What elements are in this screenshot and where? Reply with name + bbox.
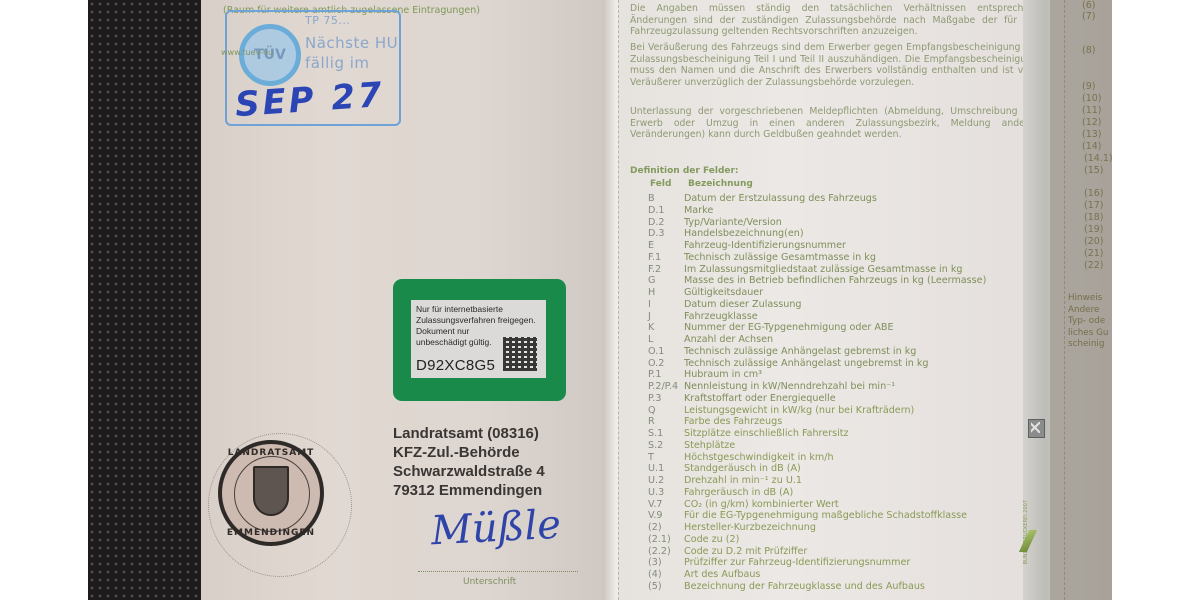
field-label: Höchstgeschwindigkeit in km/h (684, 452, 834, 464)
margin-number: (16) (1084, 188, 1104, 200)
field-key: U.1 (648, 463, 684, 475)
field-key: (3) (648, 557, 684, 569)
field-key: U.3 (648, 487, 684, 499)
field-definition-row: F.1Technisch zulässige Gesamtmasse in kg (648, 252, 986, 264)
margin-number: (7) (1082, 11, 1095, 23)
hint-line: scheinig (1068, 339, 1108, 351)
datamatrix-code-icon (503, 337, 537, 371)
margin-number: (11) (1082, 105, 1102, 117)
field-definition-row: HGültigkeitsdauer (648, 287, 986, 299)
margin-number: (19) (1084, 224, 1104, 236)
stamp-next-inspection: Nächste HU (305, 34, 398, 52)
field-label: Hersteller-Kurzbezeichnung (684, 522, 816, 534)
next-page-dashed-line (1064, 0, 1065, 600)
margin-number: (18) (1084, 212, 1104, 224)
seat-fabric-background (88, 0, 213, 600)
field-label: Marke (684, 205, 713, 217)
paragraph-penalties: Unterlassung der vorgeschriebenen Meldep… (630, 106, 1038, 141)
field-key: O.2 (648, 358, 684, 370)
field-definition-row: (3)Prüfziffer zur Fahrzeug-Identifizieru… (648, 557, 986, 569)
field-definition-row: U.1Standgeräusch in dB (A) (648, 463, 986, 475)
field-label: Standgeräusch in dB (A) (684, 463, 801, 475)
field-label: Kraftstoffart oder Energiequelle (684, 393, 836, 405)
token-line: Zulassungsverfahren freigegen. (416, 315, 541, 326)
field-key: O.1 (648, 346, 684, 358)
paragraph-sale: Bei Veräußerung des Fahrzeugs sind dem E… (630, 42, 1038, 88)
field-key: P.2/P.4 (648, 381, 684, 393)
margin-number: (14.1) (1084, 153, 1112, 165)
field-label: Bezeichnung der Fahrzeugklasse und des A… (684, 581, 925, 593)
field-label: Typ/Variante/Version (684, 217, 782, 229)
field-label: Datum der Erstzulassung des Fahrzeugs (684, 193, 877, 205)
authority-line: 79312 Emmendingen (393, 481, 545, 500)
field-key: V.9 (648, 510, 684, 522)
field-label: Fahrzeug-Identifizierungsnummer (684, 240, 846, 252)
field-key: L (648, 334, 684, 346)
column-field: Feld (650, 179, 688, 189)
field-label: Code zu D.2 mit Prüfziffer (684, 546, 807, 558)
field-key: K (648, 322, 684, 334)
field-definition-row: (5)Bezeichnung der Fahrzeugklasse und de… (648, 581, 986, 593)
field-key: (4) (648, 569, 684, 581)
margin-number: (22) (1084, 260, 1104, 272)
margin-number: (6) (1082, 0, 1095, 12)
field-definition-row: (4)Art des Aufbaus (648, 569, 986, 581)
field-key: I (648, 299, 684, 311)
field-key: S.2 (648, 440, 684, 452)
field-label: Technisch zulässige Anhängelast gebremst… (684, 346, 916, 358)
seal-bottom-text: EMMENDINGEN (222, 528, 320, 538)
field-label: Hubraum in cm³ (684, 369, 762, 381)
authority-line: Schwarzwaldstraße 4 (393, 462, 545, 481)
signature-line (418, 571, 578, 572)
field-definition-row: O.1Technisch zulässige Anhängelast gebre… (648, 346, 986, 358)
seal-top-text: LANDRATSAMT (222, 448, 320, 458)
field-label: Farbe des Fahrzeugs (684, 416, 782, 428)
field-key: D.2 (648, 217, 684, 229)
field-definition-row: THöchstgeschwindigkeit in km/h (648, 452, 986, 464)
field-label: Handelsbezeichnung(en) (684, 228, 804, 240)
margin-number: (17) (1084, 200, 1104, 212)
field-definition-row: LAnzahl der Achsen (648, 334, 986, 346)
authority-line: KFZ-Zul.-Behörde (393, 443, 545, 462)
field-definition-row: EFahrzeug-Identifizierungsnummer (648, 240, 986, 252)
field-key: G (648, 275, 684, 287)
margin-number: (13) (1082, 129, 1102, 141)
field-label: Stehplätze (684, 440, 735, 452)
field-definition-row: (2.1)Code zu (2) (648, 534, 986, 546)
field-key: U.2 (648, 475, 684, 487)
field-key: P.3 (648, 393, 684, 405)
field-key: E (648, 240, 684, 252)
field-key: T (648, 452, 684, 464)
field-definition-row: RFarbe des Fahrzeugs (648, 416, 986, 428)
token-line: Dokument nur (416, 326, 541, 337)
field-definitions-list: BDatum der Erstzulassung des FahrzeugsD.… (648, 193, 986, 593)
field-key: (5) (648, 581, 684, 593)
fold-line (618, 0, 619, 600)
field-label: Drehzahl in min⁻¹ zu U.1 (684, 475, 802, 487)
security-code-inner: Nur für internetbasierte Zulassungsverfa… (411, 300, 546, 378)
field-definition-row: JFahrzeugklasse (648, 311, 986, 323)
field-label: Code zu (2) (684, 534, 739, 546)
hint-line: liches Gu (1068, 328, 1108, 340)
field-definition-row: P.2/P.4Nennleistung in kW/Nenndrehzahl b… (648, 381, 986, 393)
kba-logo-icon (1028, 419, 1045, 438)
field-label: Fahrgeräusch in dB (A) (684, 487, 793, 499)
coat-of-arms-icon (253, 466, 289, 516)
field-label: Technisch zulässige Anhängelast ungebrem… (684, 358, 929, 370)
security-code: D92XC8G5 (416, 357, 495, 374)
margin-number: (20) (1084, 236, 1104, 248)
field-key: J (648, 311, 684, 323)
field-label: Für die EG-Typgenehmigung maßgebliche Sc… (684, 510, 967, 522)
field-key: F.2 (648, 264, 684, 276)
field-definition-row: KNummer der EG-Typgenehmigung oder ABE (648, 322, 986, 334)
hint-line: Hinweis (1068, 293, 1108, 305)
column-description: Bezeichnung (688, 179, 753, 189)
field-label: Gültigkeitsdauer (684, 287, 763, 299)
field-label: Anzahl der Achsen (684, 334, 773, 346)
field-label: Sitzplätze einschließlich Fahrersitz (684, 428, 849, 440)
field-key: V.7 (648, 499, 684, 511)
field-label: Masse des in Betrieb befindlichen Fahrze… (684, 275, 986, 287)
margin-number: (21) (1084, 248, 1104, 260)
inspection-stamp: TÜV TP 75... Nächste HU fällig im SEP 27 (225, 10, 401, 126)
field-definition-row: O.2Technisch zulässige Anhängelast ungeb… (648, 358, 986, 370)
field-definition-row: QLeistungsgewicht in kW/kg (nur bei Kraf… (648, 405, 986, 417)
field-definition-row: S.2Stehplätze (648, 440, 986, 452)
margin-number: (10) (1082, 93, 1102, 105)
margin-number: (14) (1082, 141, 1102, 153)
field-definition-row: P.1Hubraum in cm³ (648, 369, 986, 381)
field-definition-row: (2)Hersteller-Kurzbezeichnung (648, 522, 986, 534)
field-definition-row: IDatum dieser Zulassung (648, 299, 986, 311)
field-label: Datum dieser Zulassung (684, 299, 802, 311)
margin-number: (15) (1084, 165, 1104, 177)
official-seal: LANDRATSAMT EMMENDINGEN (218, 440, 324, 546)
margin-number: (9) (1082, 81, 1095, 93)
field-label: CO₂ (in g/km) kombinierter Wert (684, 499, 839, 511)
field-key: Q (648, 405, 684, 417)
field-key: (2.1) (648, 534, 684, 546)
field-key: S.1 (648, 428, 684, 440)
signature: Müßle (430, 502, 562, 555)
security-code-label: Nur für internetbasierte Zulassungsverfa… (393, 279, 566, 401)
field-definition-row: V.9Für die EG-Typgenehmigung maßgebliche… (648, 510, 986, 522)
signature-label: Unterschrift (463, 577, 516, 587)
field-definition-row: D.1Marke (648, 205, 986, 217)
field-definition-row: V.7CO₂ (in g/km) kombinierter Wert (648, 499, 986, 511)
field-key: D.1 (648, 205, 684, 217)
definitions-header: FeldBezeichnung (650, 179, 753, 189)
token-line: Nur für internetbasierte (416, 304, 541, 315)
document-photo: (Raum für weitere amtlich zugelassene Ei… (88, 0, 1112, 600)
field-key: F.1 (648, 252, 684, 264)
next-page-hint: HinweisAndereTyp- odeliches Guscheinig (1068, 293, 1108, 351)
field-label: Prüfziffer zur Fahrzeug-Identifizierungs… (684, 557, 910, 569)
field-definition-row: D.2Typ/Variante/Version (648, 217, 986, 229)
field-definition-row: (2.2)Code zu D.2 mit Prüfziffer (648, 546, 986, 558)
field-definition-row: D.3Handelsbezeichnung(en) (648, 228, 986, 240)
field-label: Nennleistung in kW/Nenndrehzahl bei min⁻… (684, 381, 895, 393)
field-definition-row: P.3Kraftstoffart oder Energiequelle (648, 393, 986, 405)
field-definition-row: F.2Im Zulassungsmitgliedstaat zulässige … (648, 264, 986, 276)
authority-line: Landratsamt (08316) (393, 424, 545, 443)
margin-number: (12) (1082, 117, 1102, 129)
field-key: H (648, 287, 684, 299)
field-label: Art des Aufbaus (684, 569, 760, 581)
margin-number: (8) (1082, 45, 1095, 57)
stamp-id: TP 75... (305, 14, 350, 27)
paragraph-obligations: Die Angaben müssen ständig den tatsächli… (630, 3, 1038, 38)
field-key: P.1 (648, 369, 684, 381)
field-key: B (648, 193, 684, 205)
field-label: Nummer der EG-Typgenehmigung oder ABE (684, 322, 894, 334)
hint-line: Andere (1068, 305, 1108, 317)
field-definition-row: S.1Sitzplätze einschließlich Fahrersitz (648, 428, 986, 440)
stamp-due-in: fällig im (305, 54, 370, 72)
field-label: Im Zulassungsmitgliedstaat zulässige Ges… (684, 264, 962, 276)
field-key: R (648, 416, 684, 428)
field-definition-row: BDatum der Erstzulassung des Fahrzeugs (648, 193, 986, 205)
field-definition-row: U.2Drehzahl in min⁻¹ zu U.1 (648, 475, 986, 487)
authority-address: Landratsamt (08316) KFZ-Zul.-Behörde Sch… (393, 424, 545, 500)
field-label: Technisch zulässige Gesamtmasse in kg (684, 252, 876, 264)
field-key: D.3 (648, 228, 684, 240)
hint-line: Typ- ode (1068, 316, 1108, 328)
field-key: (2) (648, 522, 684, 534)
field-key: (2.2) (648, 546, 684, 558)
field-definition-row: GMasse des in Betrieb befindlichen Fahrz… (648, 275, 986, 287)
field-label: Fahrzeugklasse (684, 311, 758, 323)
definitions-title: Definition der Felder: (630, 166, 739, 176)
stamp-url: www.tuev-hu (221, 48, 273, 57)
field-definition-row: U.3Fahrgeräusch in dB (A) (648, 487, 986, 499)
field-label: Leistungsgewicht in kW/kg (nur bei Kraft… (684, 405, 914, 417)
